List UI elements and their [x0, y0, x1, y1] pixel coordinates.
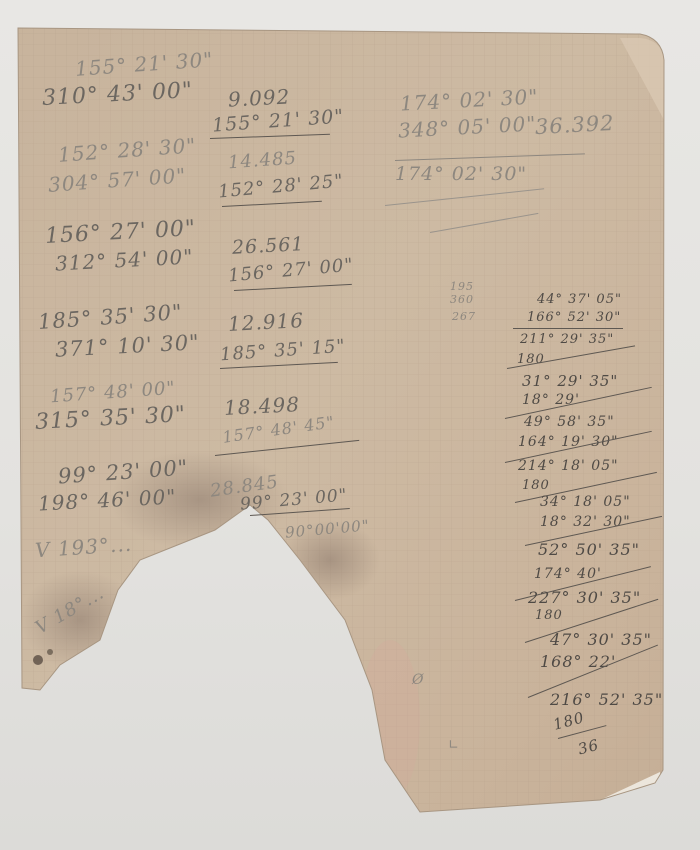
mark-angle: ∟: [448, 738, 460, 753]
lc-3-dist: 12.916: [227, 308, 304, 336]
rc-15: 180: [535, 608, 563, 623]
small-sum-0: 195: [450, 280, 474, 293]
rc-14: 227° 30' 35": [528, 588, 641, 607]
rc-16: 47° 30' 35": [550, 630, 652, 649]
rc-11: 18° 32' 30": [540, 514, 631, 530]
rc-10: 34° 18' 05": [540, 494, 631, 510]
rc-12: 52° 50' 35": [538, 540, 640, 559]
rc-4: 31° 29' 35": [522, 372, 618, 390]
rc-0: 44° 37' 05": [537, 292, 622, 307]
lc-4-dist: 18.498: [223, 392, 300, 420]
rc-5: 18° 29': [522, 392, 580, 408]
lc-0-dist: 9.092: [227, 84, 290, 111]
rc-6: 49° 58' 35": [524, 414, 615, 430]
rc-8: 214° 18' 05": [518, 458, 619, 474]
rc-2: 211° 29' 35": [520, 332, 614, 347]
small-sum-1: 360: [450, 293, 474, 306]
rc-18: 216° 52' 35": [550, 690, 663, 709]
mark-circle-slash: Ø: [412, 672, 424, 688]
rc-17: 168° 22': [540, 652, 616, 671]
rc-1: 166° 52' 30": [527, 310, 621, 325]
rc-13: 174° 40': [534, 566, 602, 582]
tr-dist: 36.392: [534, 111, 615, 139]
underline: [513, 328, 623, 329]
tr-result: 174° 02' 30": [395, 163, 527, 185]
rc-9: 180: [522, 478, 550, 493]
small-sum-2: 267: [452, 310, 476, 323]
lc-2-dist: 26.561: [231, 233, 305, 259]
